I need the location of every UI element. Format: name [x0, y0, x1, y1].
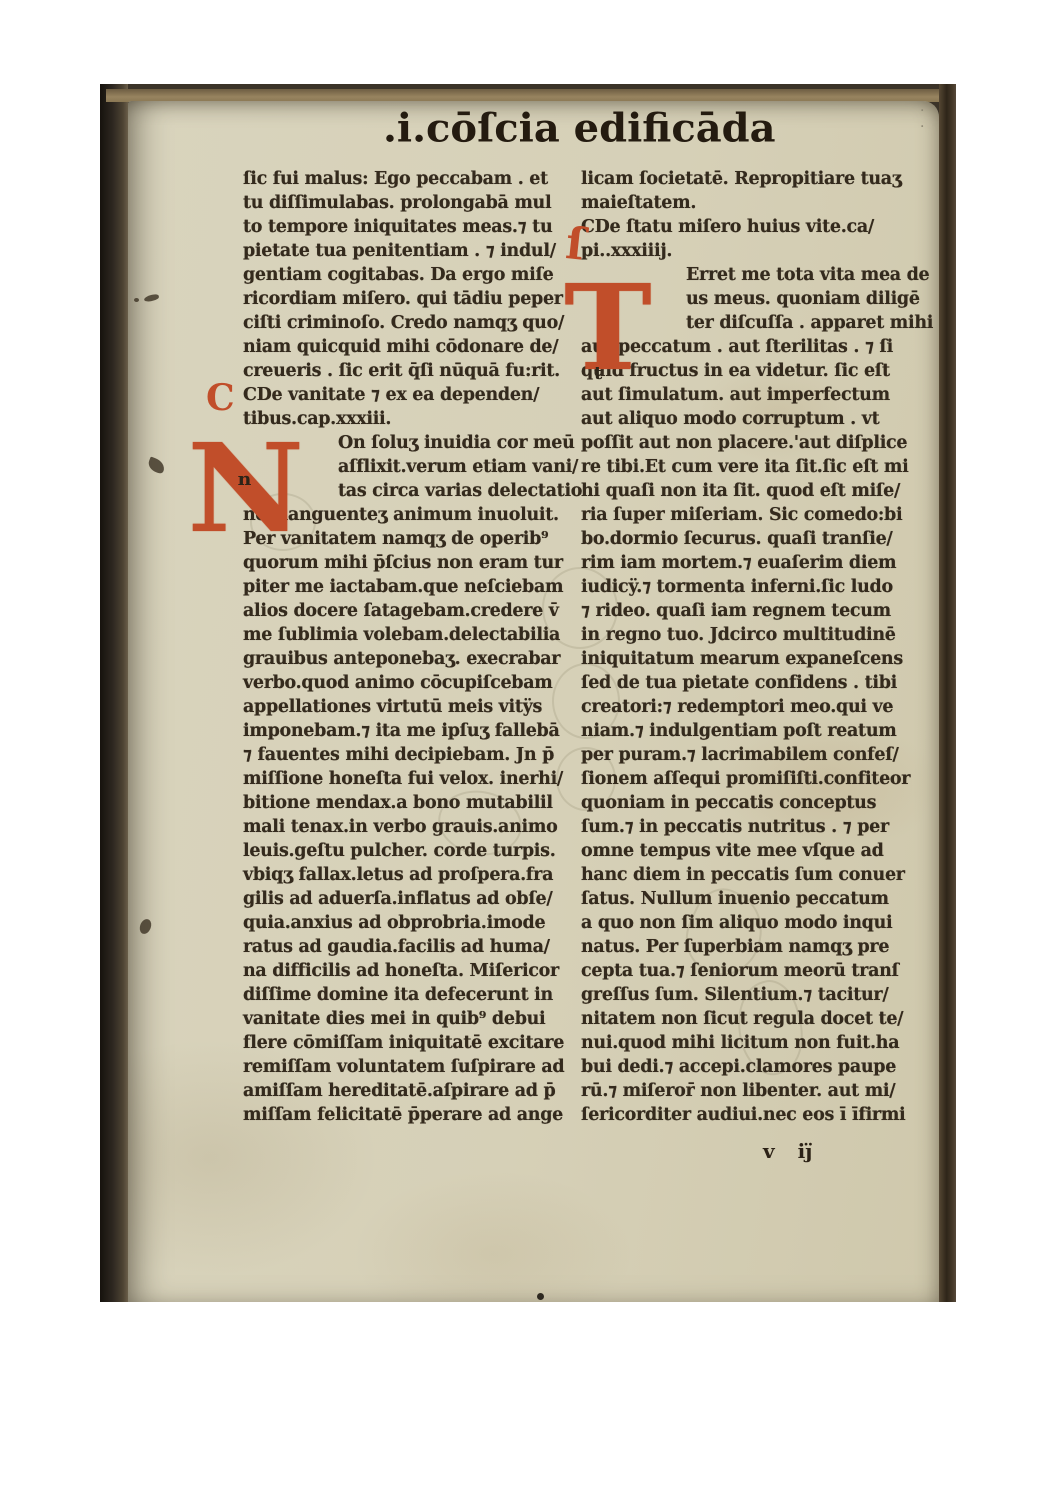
text-line: miſſione honeſta fui velox. inerhi/: [243, 767, 588, 791]
chapter-rubric: CDe ſtatu miſero huius vite.ca/pi..xxxii…: [581, 215, 926, 263]
text-line: bui dedi.⁊ accepi.clamores paupe: [581, 1055, 926, 1079]
margin-ink-mark: [146, 456, 166, 474]
text-line: ſatus. Nullum inuenio peccatum: [581, 887, 926, 911]
text-line: re tibi.Et cum vere ita ſit.ſic eſt mi: [581, 455, 926, 479]
text-line: rū.⁊ miſeror̄ non libenter. aut mi/: [581, 1079, 926, 1103]
text-line: maieſtatem.: [581, 191, 926, 215]
text-line: bo.dormio ſecurus. quaſi tranſie/: [581, 527, 926, 551]
text-line: rim iam mortem.⁊ euaſerim diem: [581, 551, 926, 575]
text-line: verbo.quod animo cōcupiſcebam: [243, 671, 588, 695]
text-line: quoniam in peccatis conceptus: [581, 791, 926, 815]
text-line: tu diſſimulabas. prolongabā mul: [243, 191, 588, 215]
text-line: CDe ſtatu miſero huius vite.ca/: [581, 215, 926, 239]
text-line: mali tenax.in verbo grauis.animo: [243, 815, 588, 839]
text-line: niam quicquid mihi cōdonare de/: [243, 335, 588, 359]
running-head: .i.cōſcia edificāda: [383, 106, 803, 152]
text-line: greſſus ſum. Silentium.⁊ tacitur/: [581, 983, 926, 1007]
text-line: flere cōmiſſam iniquitatē excitare: [243, 1031, 588, 1055]
text-line: ciſti criminoſo. Credo namqʒ quo/: [243, 311, 588, 335]
text-line: a quo non ſim aliquo modo inqui: [581, 911, 926, 935]
text-line: omne tempus vite mee vſque ad: [581, 839, 926, 863]
text-line: grauibus anteponebaʒ. execrabar: [243, 647, 588, 671]
text-line: ſericorditer audiui.nec eos ī īfirmi: [581, 1103, 926, 1127]
text-block: nes languenteʒ animum inuoluit.Per vanit…: [243, 503, 588, 1127]
text-line: niam.⁊ indulgentiam poſt reatum: [581, 719, 926, 743]
text-line: quia.anxius ad obprobria.imode: [243, 911, 588, 935]
text-line: vbiqʒ fallax.letus ad proſpera.fra: [243, 863, 588, 887]
text-line: licam ſocietatē. Repropitiare tuaʒ: [581, 167, 926, 191]
text-line: ratus ad gaudia.facilis ad huma/: [243, 935, 588, 959]
text-line: ricordiam miſero. qui tādiu peper: [243, 287, 588, 311]
margin-ink-mark: [139, 918, 152, 934]
left-column: ſic fui malus: Ego peccabam . ettu diſſi…: [243, 167, 588, 1127]
text-line: ria ſuper miſeriam. Sic comedo:bi: [581, 503, 926, 527]
text-line: creatori:⁊ redemptori meo.qui ve: [581, 695, 926, 719]
text-line: ſionem aſſequi promiſiſti.confiteor: [581, 767, 926, 791]
quire-signature: v ij̈: [763, 1139, 812, 1163]
red-pilcrow-mark: C: [206, 377, 235, 419]
binding-edge: [100, 84, 128, 1302]
text-line: remiſſam voluntatem ſuſpirare ad: [243, 1055, 588, 1079]
lombard-initial-N: N n: [187, 427, 304, 549]
text-line: cepta tua.⁊ ſeniorum meorū tranſ: [581, 959, 926, 983]
text-line: creueris . ſic erit q̄ſi nūquā fu:rit.: [243, 359, 588, 383]
text-line: ſed de tua pietate confidens . tibi: [581, 671, 926, 695]
text-line: bitione mendax.a bono mutabilil: [243, 791, 588, 815]
text-line: nitatem non ſicut regula docet te/: [581, 1007, 926, 1031]
pencil-note: · ·: [920, 103, 939, 135]
text-block: licam ſocietatē. Repropitiare tuaʒmaieſt…: [581, 167, 926, 215]
text-line: me ſublimia volebam.delectabilia: [243, 623, 588, 647]
text-line: miſſam felicitatē p̄perare ad ange: [243, 1103, 588, 1127]
text-line: diſſime domine ita defecerunt in: [243, 983, 588, 1007]
guide-letter: n: [238, 471, 252, 489]
text-line: pietate tua penitentiam . ⁊ indul/: [243, 239, 588, 263]
text-line: ſic fui malus: Ego peccabam . et: [243, 167, 588, 191]
text-line: ſum.⁊ in peccatis nutritus . ⁊ per: [581, 815, 926, 839]
margin-ink-mark: [144, 294, 160, 303]
text-line: alios docere ſatagebam.credere v̄: [243, 599, 588, 623]
text-line: iniquitatum mearum expaneſcens: [581, 647, 926, 671]
text-line: iudicÿ.⁊ tormenta inferni.ſic ludo: [581, 575, 926, 599]
text-line: natus. Per ſuperbiam namqʒ pre: [581, 935, 926, 959]
text-line: CDe vanitate ⁊ ex ea dependen/: [243, 383, 588, 407]
initial-letter: T: [564, 258, 652, 397]
text-line: piter me iactabam.que neſciebam: [243, 575, 588, 599]
text-line: gentiam cogitabas. Da ergo miſe: [243, 263, 588, 287]
text-line: leuis.geſtu pulcher. corde turpis.: [243, 839, 588, 863]
text-line: vanitate dies mei in quib⁹ debui: [243, 1007, 588, 1031]
text-line: amiſſam hereditatē.aſpirare ad p̄: [243, 1079, 588, 1103]
text-line: hanc diem in peccatis ſum conuer: [581, 863, 926, 887]
lombard-initial-T: T t: [564, 269, 652, 387]
text-line: gilis ad aduerſa.inflatus ad obſe/: [243, 887, 588, 911]
margin-ink-dot: [537, 1293, 544, 1300]
text-line: per puram.⁊ lacrimabilem confeſ/: [581, 743, 926, 767]
text-line: in regno tuo. Jdcirco multitudinē: [581, 623, 926, 647]
text-line: ⁊ rideo. quaſi iam regnem tecum: [581, 599, 926, 623]
text-line: nui.quod mihi licitum non fuit.ha: [581, 1031, 926, 1055]
text-line: imponebam.⁊ ita me ipſuʒ fallebā: [243, 719, 588, 743]
text-block: ſic fui malus: Ego peccabam . ettu diſſi…: [243, 167, 588, 383]
guide-letter: t: [594, 365, 602, 383]
book-scan: .i.cōſcia edificāda · · ſic fui malus: E…: [100, 84, 956, 1302]
text-line: to tempore iniquitates meas.⁊ tu: [243, 215, 588, 239]
text-line: appellationes virtutū meis vitÿs: [243, 695, 588, 719]
text-line: hi quaſi non ita ſit. quod eſt miſe/: [581, 479, 926, 503]
page-paper: .i.cōſcia edificāda · · ſic fui malus: E…: [128, 101, 939, 1302]
text-line: aut aliquo modo corruptum . vt: [581, 407, 926, 431]
text-line: poſſit aut non placere.'aut diſplice: [581, 431, 926, 455]
text-block: aut peccatum . aut ſterilitas . ⁊ ſiquid…: [581, 335, 926, 1127]
margin-ink-mark: [134, 298, 139, 302]
fore-edge: [939, 84, 956, 1302]
text-line: ⁊ fauentes mihi decipiebam. Jn p̄: [243, 743, 588, 767]
text-line: na difficilis ad honeſta. Miſericor: [243, 959, 588, 983]
